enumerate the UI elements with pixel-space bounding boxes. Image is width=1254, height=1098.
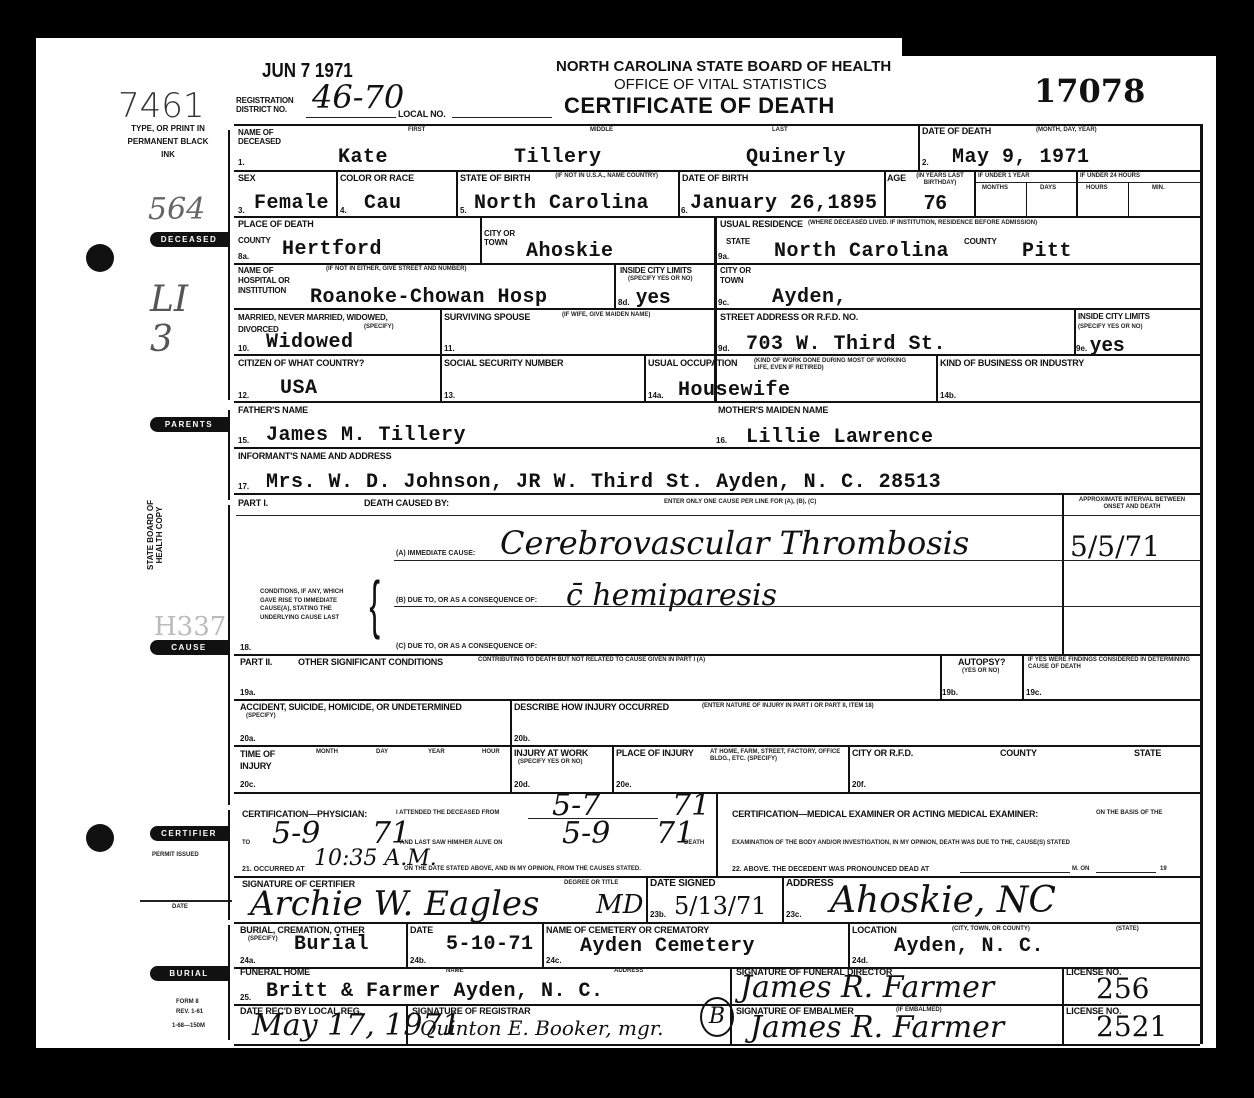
cell-divider	[614, 263, 616, 308]
middle-label: MIDDLE	[590, 127, 613, 134]
age: 76	[924, 192, 947, 215]
specify-hint: (SPECIFY)	[248, 936, 278, 943]
place-of-injury-label: PLACE OF INJURY	[616, 748, 694, 758]
brace-icon: {	[369, 572, 380, 636]
divider	[140, 900, 232, 902]
usual-residence-hint: (WHERE DECEASED LIVED. IF INSTITUTION, R…	[808, 220, 1037, 227]
injury-at-work-label: INJURY AT WORK	[514, 748, 588, 758]
certificate-number: 17078	[1034, 72, 1145, 110]
cell-divider	[480, 216, 482, 263]
sex-label: SEX	[238, 173, 255, 183]
location-label: LOCATION	[852, 925, 897, 935]
part2-label: PART II.	[240, 657, 272, 667]
county-label: COUNTY	[238, 236, 271, 246]
cell-divider	[678, 170, 680, 216]
tab-burial: BURIAL	[150, 966, 228, 981]
disposition: Burial	[294, 933, 369, 956]
frame-border	[1200, 124, 1203, 1044]
row-line	[234, 216, 1200, 218]
inside-city-limits-hint: (SPECIFY YES OR NO)	[1078, 324, 1142, 331]
deceased-last-name: Quinerly	[746, 146, 846, 169]
divider	[306, 117, 396, 118]
city-town-label: CITY OR TOWN	[484, 229, 524, 247]
registration-district-label: REGISTRATION DISTRICT NO.	[236, 96, 306, 114]
informant: Mrs. W. D. Johnson, JR W. Third St. Ayde…	[266, 471, 941, 494]
certifier-address-label: ADDRESS	[786, 879, 834, 889]
page-title: CERTIFICATE OF DEATH	[564, 93, 835, 119]
describe-injury-hint: (ENTER NATURE OF INJURY IN PART I OR PAR…	[702, 703, 874, 710]
cell-divider	[1062, 493, 1064, 654]
immediate-cause-interval: 5/5/71	[1070, 530, 1160, 563]
director-license: 256	[1096, 972, 1149, 1005]
street-address-label: STREET ADDRESS OR R.F.D. No.	[720, 312, 858, 322]
marital-status: Widowed	[266, 331, 354, 354]
cell-divider	[1128, 182, 1129, 216]
cell-divider	[646, 876, 648, 922]
funeral-home-label: FUNERAL HOME	[240, 967, 310, 977]
me-text: EXAMINATION OF THE BODY AND/OR INVESTIGA…	[732, 840, 1070, 847]
divider	[976, 182, 1200, 183]
occurred-at-label: 21. OCCURRED AT	[242, 866, 305, 873]
embalmer-signature: James R. Farmer	[750, 1010, 1004, 1045]
citizen-label: CITIZEN OF WHAT COUNTRY?	[238, 358, 364, 368]
father-label: FATHER'S NAME	[238, 405, 308, 415]
findings-label: IF YES WERE FINDINGS CONSIDERED IN DETER…	[1028, 657, 1198, 671]
cell-divider	[974, 170, 976, 216]
copy-label-text: STATE BOARD OF HEALTH COPY	[146, 500, 164, 570]
divider	[452, 117, 552, 118]
state-label: STATE	[726, 237, 750, 247]
residence-state: North Carolina	[774, 240, 949, 263]
other-conditions-label: OTHER SIGNIFICANT CONDITIONS	[298, 657, 443, 667]
cell-divider	[848, 922, 850, 967]
divider	[960, 872, 1070, 873]
burial-location: Ayden, N. C.	[894, 935, 1044, 958]
location-state-label: (STATE)	[1116, 926, 1139, 933]
specify-hint: (SPECIFY)	[246, 713, 276, 720]
occupation-hint: (KIND OF WORK DONE DURING MOST OF WORKIN…	[754, 358, 914, 372]
autopsy-label: AUTOPSY?	[958, 657, 1005, 667]
occupation-label: USUAL OCCUPATION	[648, 358, 737, 368]
deceased-first-name: Kate	[338, 146, 388, 169]
registrar-signature-label: SIGNATURE OF REGISTRAR	[412, 1006, 530, 1016]
tab-parents: PARENTS	[150, 417, 228, 432]
under-24-hours-label: IF UNDER 24 HOURS	[1080, 173, 1140, 180]
describe-injury-label: DESCRIBE HOW INJURY OCCURRED	[514, 702, 669, 712]
death-inside-city-limits: yes	[636, 286, 671, 309]
spouse-hint: (IF WIFE, GIVE MAIDEN NAME)	[562, 312, 650, 319]
death-label: DEATH	[684, 840, 704, 847]
circled-mark: B	[700, 997, 734, 1037]
scan-edge	[902, 38, 1216, 56]
cell-divider	[456, 170, 458, 216]
injury-county-label: COUNTY	[1000, 748, 1037, 758]
cell-divider	[510, 699, 512, 792]
funeral-home-name-label: NAME	[446, 968, 464, 975]
degree-label: DEGREE OR TITLE	[564, 880, 618, 887]
handwritten-code: H337	[154, 612, 226, 642]
death-county: Hertford	[282, 238, 382, 261]
year-label: YEAR	[428, 749, 445, 756]
tab-cause: CAUSE	[150, 640, 228, 655]
other-conditions-hint: CONTRIBUTING TO DEATH BUT NOT RELATED TO…	[478, 657, 705, 664]
divider	[394, 606, 1200, 607]
name-label: NAME OF DECEASED	[238, 128, 298, 146]
occurred-suffix: ON THE DATE STATED ABOVE, AND IN MY OPIN…	[404, 866, 641, 873]
residence-inside-city-limits: yes	[1090, 334, 1125, 357]
date-of-death: May 9, 1971	[952, 146, 1090, 169]
ink-instructions: TYPE, OR PRINT IN PERMANENT BLACK INK	[122, 122, 214, 161]
accident-label: ACCIDENT, SUICIDE, HOMICIDE, OR UNDETERM…	[240, 702, 462, 712]
autopsy-hint: (YES OR NO)	[962, 668, 999, 675]
inside-city-limits-label: INSIDE CITY LIMITS	[620, 266, 692, 276]
day-label: DAY	[376, 749, 388, 756]
divider	[236, 515, 1200, 516]
frame-border	[228, 505, 230, 805]
frame-border	[228, 810, 230, 920]
cell-divider	[716, 792, 718, 876]
first-label: FIRST	[408, 127, 425, 134]
min-label: MIN.	[1152, 185, 1165, 192]
due-to-b: c̄ hemiparesis	[566, 578, 777, 613]
punch-hole	[86, 824, 114, 852]
immediate-cause: Cerebrovascular Thrombosis	[500, 524, 969, 562]
hour-label: HOUR	[482, 749, 500, 756]
state-of-birth-label: STATE OF BIRTH	[460, 173, 530, 183]
place-of-death-label: PLACE OF DEATH	[238, 219, 314, 229]
mother-maiden-name: Lillie Lawrence	[746, 426, 934, 449]
punch-hole	[86, 244, 114, 272]
cell-divider	[612, 745, 614, 792]
cell-divider	[782, 876, 784, 922]
date-signed: 5/13/71	[674, 892, 767, 920]
state-of-birth-hint: (IF NOT IN U.S.A., NAME COUNTRY)	[548, 173, 658, 180]
handwritten-code: LI 3	[150, 280, 190, 360]
mother-label: MOTHER'S MAIDEN NAME	[718, 405, 828, 415]
cell-divider	[936, 354, 938, 401]
agency-line2: OFFICE OF VITAL STATISTICS	[614, 76, 827, 93]
cell-divider	[714, 216, 717, 401]
agency-line1: NORTH CAROLINA STATE BOARD OF HEALTH	[556, 58, 891, 75]
me-text: 22. ABOVE. THE DECEDENT WAS PRONOUNCED D…	[732, 866, 929, 873]
ssn-label: SOCIAL SECURITY NUMBER	[444, 358, 563, 368]
cell-divider	[336, 170, 338, 216]
date-of-death-hint: (MONTH, DAY, YEAR)	[1036, 127, 1097, 134]
local-no-label: LOCAL NO.	[398, 109, 446, 119]
residence-street: 703 W. Third St.	[746, 333, 946, 356]
specify-hint: (SPECIFY)	[364, 324, 394, 331]
due-to-b-label: (b) DUE TO, OR AS A CONSEQUENCE OF:	[396, 597, 537, 604]
row-line	[234, 967, 1200, 969]
frame-border	[228, 410, 230, 500]
date-of-birth-label: DATE OF BIRTH	[682, 173, 748, 183]
cell-divider	[918, 124, 920, 170]
date-signed-label: DATE SIGNED	[650, 879, 715, 889]
certifier-signature: Archie W. Eagles	[250, 884, 539, 924]
cell-divider	[1062, 967, 1064, 1044]
immediate-cause-label: (a) IMMEDIATE CAUSE:	[396, 550, 475, 557]
tab-certifier: CERTIFIER	[150, 826, 228, 841]
sex: Female	[254, 192, 329, 215]
injury-city-label: CITY OR R.F.D.	[852, 748, 913, 758]
embalmer-license: 2521	[1096, 1010, 1167, 1043]
form-number: FORM 8	[176, 999, 199, 1006]
business-label: KIND OF BUSINESS OR INDUSTRY	[940, 358, 1084, 368]
cell-divider	[644, 354, 646, 401]
cell-divider	[440, 308, 442, 401]
row-line	[234, 124, 1200, 126]
cause-instructions: ENTER ONLY ONE CAUSE PER LINE FOR (a), (…	[664, 499, 816, 506]
hospital-label: NAME OF HOSPITAL OR INSTITUTION	[238, 266, 308, 296]
hours-label: HOURS	[1086, 185, 1108, 192]
row-line	[234, 745, 1200, 747]
cell-divider	[406, 1004, 408, 1044]
row-line	[234, 447, 1200, 449]
hospital-hint: (IF NOT IN EITHER, GIVE STREET AND NUMBE…	[326, 266, 466, 273]
residence-city: Ayden,	[772, 286, 847, 309]
interval-label: APPROXIMATE INTERVAL BETWEEN ONSET AND D…	[1068, 497, 1196, 511]
copy-label: STATE BOARD OF HEALTH COPY	[146, 500, 182, 570]
burial-date-label: DATE	[410, 925, 433, 935]
place-of-injury-hint: AT HOME, FARM, STREET, FACTORY, OFFICE B…	[710, 749, 850, 763]
hospital: Roanoke-Chowan Hosp	[310, 286, 548, 309]
row-line	[234, 354, 1200, 356]
cemetery-label: NAME OF CEMETERY OR CREMATORY	[546, 925, 709, 935]
inside-city-limits-label: INSIDE CITY LIMITS	[1078, 312, 1150, 322]
state-of-birth: North Carolina	[474, 192, 649, 215]
medical-examiner-label: CERTIFICATION—MEDICAL EXAMINER OR ACTING…	[732, 809, 1038, 819]
father-name: James M. Tillery	[266, 424, 466, 447]
spouse-label: SURVIVING SPOUSE	[444, 312, 530, 322]
funeral-home: Britt & Farmer Ayden, N. C.	[266, 980, 604, 1003]
row-line	[234, 699, 1200, 701]
inside-city-limits-hint: (SPECIFY YES OR NO)	[628, 276, 692, 283]
frame-border	[228, 130, 230, 400]
permit-issued-label: Permit Issued	[152, 852, 199, 859]
death-city: Ahoskie	[526, 240, 614, 263]
tab-deceased: DECEASED	[150, 232, 228, 247]
handwritten-number: 564	[148, 192, 205, 227]
date-of-birth: January 26,1895	[690, 192, 878, 215]
funeral-home-address-label: ADDRESS	[614, 968, 643, 975]
to-label: TO	[242, 840, 250, 847]
me-text: ON THE BASIS OF THE	[1096, 810, 1162, 817]
citizenship: USA	[280, 377, 318, 400]
frame-border	[228, 925, 230, 1040]
race-label: COLOR OR RACE	[340, 173, 414, 183]
certifier-degree: MD	[596, 890, 643, 920]
date-of-death-label: DATE OF DEATH	[922, 126, 991, 136]
handwritten-number: 7461	[118, 86, 205, 126]
registrar-signature: Quinton E. Booker, mgr.	[420, 1016, 664, 1040]
attended-from-label: I ATTENDED THE DECEASED FROM	[396, 810, 499, 817]
age-hint: (IN YEARS LAST BIRTHDAY)	[908, 173, 972, 187]
cell-divider	[1026, 182, 1027, 216]
location-hint: (CITY, TOWN, OR COUNTY)	[952, 926, 1030, 933]
deceased-middle-name: Tillery	[514, 146, 602, 169]
me-text: M. ON	[1072, 866, 1089, 873]
burial-date: 5-10-71	[446, 933, 534, 956]
occupation: Housewife	[678, 379, 791, 402]
last-saw: 5-9	[562, 816, 610, 851]
divider	[1096, 872, 1156, 873]
row-line	[234, 170, 1200, 172]
row-line	[234, 263, 1200, 265]
age-label: AGE	[887, 173, 906, 183]
cemetery: Ayden Cemetery	[580, 935, 755, 958]
cell-divider	[1076, 170, 1078, 216]
funeral-director-signature: James R. Farmer	[740, 970, 994, 1005]
injury-state-label: STATE	[1134, 748, 1161, 758]
city-town-label: CITY OR TOWN	[720, 266, 760, 286]
death-caused-by-label: DEATH CAUSED BY:	[364, 498, 449, 508]
me-text: 19	[1160, 866, 1167, 873]
months-label: MONTHS	[982, 185, 1008, 192]
row-line	[234, 654, 1200, 656]
last-label: LAST	[772, 127, 788, 134]
part1-label: PART I.	[238, 498, 268, 508]
usual-residence-label: USUAL RESIDENCE	[720, 219, 803, 229]
row-line	[234, 876, 1200, 878]
registration-district-no: 46-70	[312, 78, 404, 116]
cell-divider	[848, 745, 850, 792]
race: Cau	[364, 192, 402, 215]
cell-divider	[1022, 654, 1024, 699]
under-1-year-label: IF UNDER 1 YEAR	[978, 173, 1030, 180]
due-to-c-label: (c) DUE TO, OR AS A CONSEQUENCE OF:	[396, 643, 537, 650]
time-of-injury-label: TIME OF INJURY	[240, 748, 290, 772]
days-label: DAYS	[1040, 185, 1056, 192]
conditions-note: CONDITIONS, IF ANY, WHICH GAVE RISE TO I…	[260, 588, 356, 622]
date-label: Date	[172, 904, 188, 911]
form-print-run: 1-68—150M	[172, 1023, 205, 1030]
form-revision: REV. 1-61	[176, 1009, 203, 1016]
informant-label: INFORMANT'S NAME AND ADDRESS	[238, 451, 391, 461]
injury-at-work-hint: (SPECIFY YES OR NO)	[518, 759, 582, 766]
month-label: MONTH	[316, 749, 338, 756]
cell-divider	[406, 922, 408, 967]
certifier-address: Ahoskie, NC	[830, 880, 1056, 921]
cell-divider	[884, 170, 886, 216]
residence-county: Pitt	[1022, 240, 1072, 263]
row-line	[234, 1044, 1200, 1046]
cell-divider	[542, 922, 544, 967]
county-label: COUNTY	[964, 237, 997, 247]
